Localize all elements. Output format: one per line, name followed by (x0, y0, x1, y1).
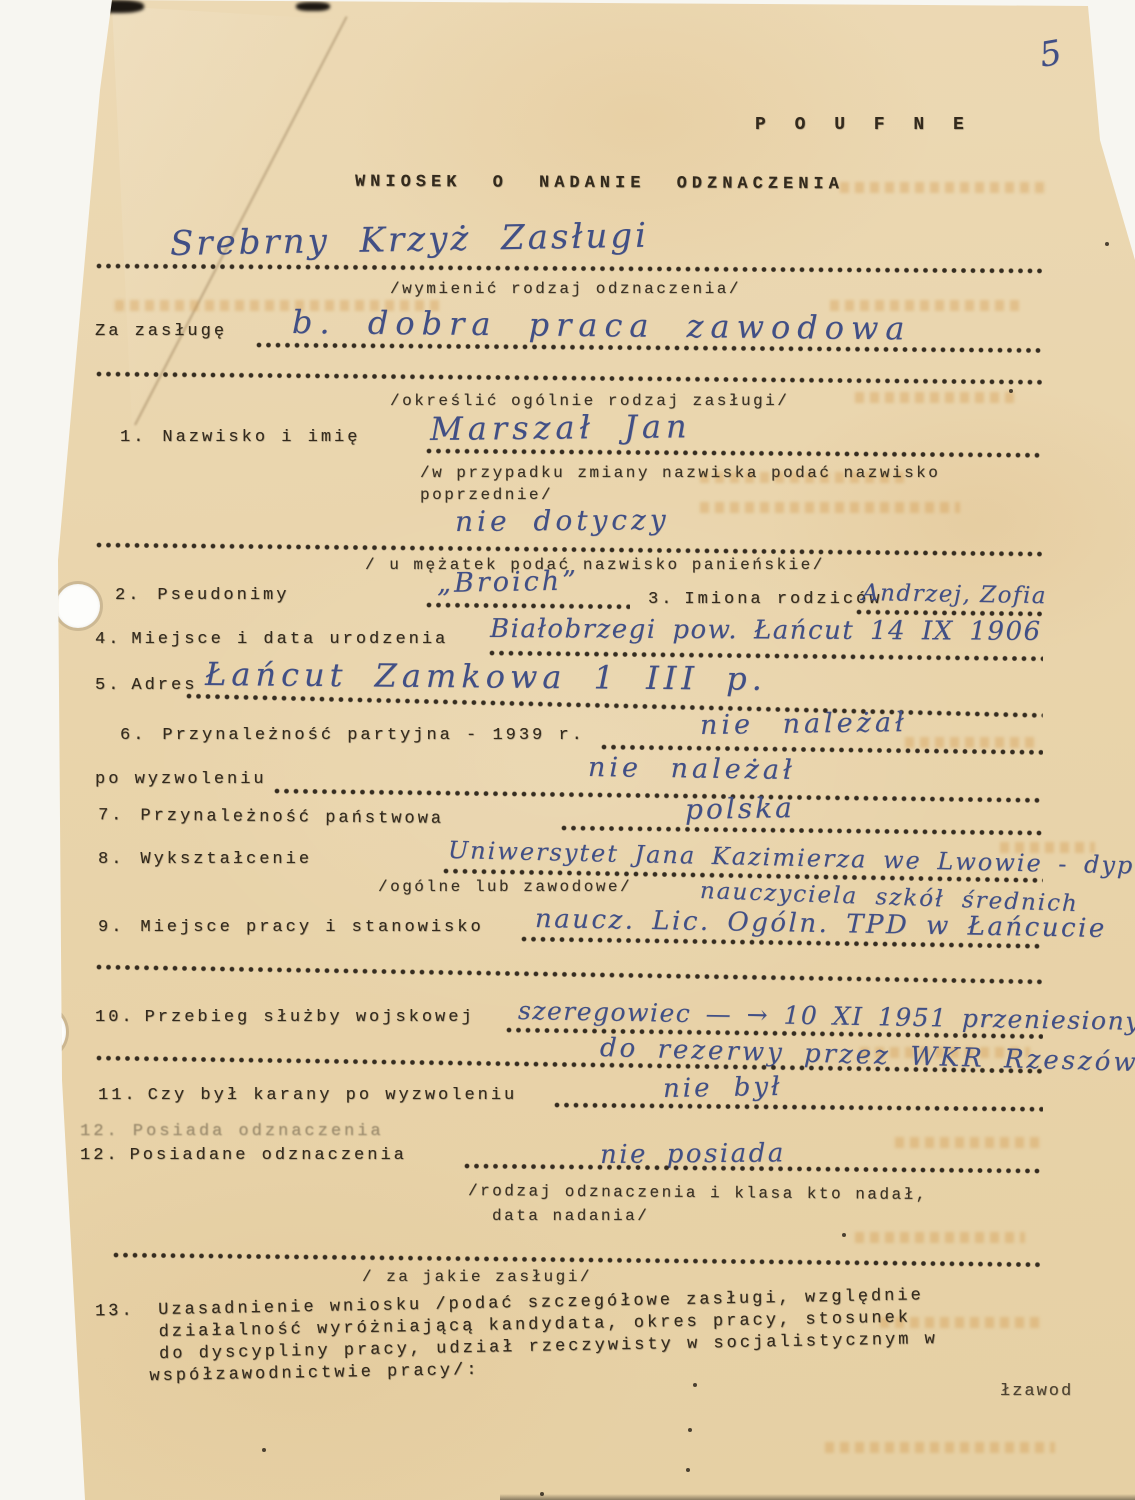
field-decorations-hint1: /rodzaj odznaczenia i klasa kto nadał, (468, 1182, 928, 1204)
field-party-sub-label: po wyzwoleniu (95, 770, 267, 789)
field-justification-text: Uzasadnienie wniosku /podać szczegółowe … (158, 1285, 938, 1388)
maiden-name-hint: / u mężatek podać nazwisko panieńskie/ (365, 556, 825, 574)
dotted-line (425, 447, 1043, 459)
ink-speck (842, 1233, 846, 1237)
field-justification-number: 13. (95, 1302, 135, 1322)
field-education-label: 8.Wykształcenie (98, 850, 312, 869)
merit-hint: /określić ogólnie rodzaj zasługi/ (390, 392, 789, 410)
merit-value: b. dobra praca zawodowa (292, 303, 912, 347)
merit-label: Za zasługę (95, 322, 227, 341)
ink-speck (1009, 389, 1013, 393)
bleedthrough-mark (895, 1137, 1045, 1148)
field-punished-value: nie był (663, 1072, 783, 1104)
field-decorations-hint2: data nadania/ (492, 1207, 649, 1225)
ink-speck (693, 1383, 697, 1387)
dotted-line (273, 787, 1043, 804)
decoration-hint: /wymienić rodzaj odznaczenia/ (390, 280, 741, 298)
punch-hole (14, 1006, 66, 1058)
dotted-line (255, 341, 1043, 355)
dotted-line (560, 824, 1043, 837)
field-decorations-label: 12.Posiadane odznaczenia (80, 1146, 407, 1165)
ink-smudge (296, 2, 330, 11)
dotted-line (112, 1251, 1042, 1269)
bleedthrough-mark (855, 1232, 1025, 1243)
dotted-line (553, 1101, 1043, 1113)
page-number-mark: 5 (1037, 33, 1065, 76)
ink-speck (1105, 242, 1109, 246)
field-party-sub-value: nie należał (588, 752, 796, 786)
dotted-line (95, 370, 1043, 386)
scan-shadow (500, 1494, 1135, 1500)
bleedthrough-mark (855, 392, 1015, 403)
field-party-value: nie należał (700, 707, 908, 741)
field-birth-value: Białobrzegi pow. Łańcut 14 IX 1906 (490, 614, 1042, 647)
merits-hint: / za jakie zasługi/ (362, 1268, 592, 1286)
ink-speck (686, 1468, 690, 1472)
field-party-label: 6.Przynależność partyjna - 1939 r. (120, 726, 585, 745)
bleedthrough-mark (825, 1442, 1055, 1453)
field-workplace-label: 9.Miejsce pracy i stanowisko (98, 918, 484, 937)
field-name-label: 1.Nazwisko i imię (120, 428, 360, 447)
field-address-value: Łańcut Zamkowa 1 III p. (205, 655, 767, 698)
ink-speck (262, 1448, 266, 1452)
field-decorations-ghost: 12. Posiada odznaczenia (80, 1122, 384, 1141)
ink-speck (688, 1428, 692, 1432)
maiden-name-value: nie dotyczy (455, 503, 670, 538)
dotted-line (95, 262, 1043, 275)
decoration-value: Srebrny Krzyż Zasługi (170, 216, 650, 264)
punch-hole (56, 584, 100, 628)
field-citizenship-label: 7.Przynależność państwowa (98, 806, 444, 829)
carbon-offset-fragment: łzawod (1000, 1382, 1073, 1401)
bleedthrough-mark (840, 182, 1050, 193)
dotted-line (425, 601, 630, 611)
field-pseudonym-value: „Broich” (437, 566, 579, 599)
classification-stamp: P O U F N E (755, 115, 973, 135)
field-name-value: Marszał Jan (430, 407, 692, 448)
ink-speck (540, 1492, 544, 1496)
field-pseudonym-label: 2.Pseudonimy (115, 586, 289, 605)
field-address-label: 5.Adres (95, 676, 197, 695)
field-name-hint2: poprzednie/ (420, 486, 553, 504)
field-name-hint1: /w przypadku zmiany nazwiska podać nazwi… (420, 464, 940, 482)
field-punished-label: 11.Czy był karany po wyzwoleniu (98, 1086, 517, 1105)
bleedthrough-mark (700, 502, 960, 513)
dotted-line (95, 963, 1043, 986)
field-parents-label: 3.Imiona rodziców (648, 590, 882, 609)
field-citizenship-value: polska (685, 791, 795, 826)
ink-smudge (86, 0, 144, 13)
field-education-hint: /ogólne lub zawodowe/ (378, 878, 632, 896)
scanned-document: P O U F N E 5 WNIOSEK O NADANIE ODZNACZE… (0, 0, 1135, 1500)
form-title: WNIOSEK O NADANIE ODZNACZENIA (355, 173, 844, 195)
field-birth-label: 4.Miejsce i data urodzenia (95, 630, 448, 649)
field-military-label: 10.Przebieg służby wojskowej (95, 1008, 475, 1027)
document-page: P O U F N E 5 WNIOSEK O NADANIE ODZNACZE… (0, 0, 1135, 1500)
field-parents-value: Andrzej, Zofia (862, 580, 1047, 609)
dotted-line (463, 1162, 1043, 1175)
